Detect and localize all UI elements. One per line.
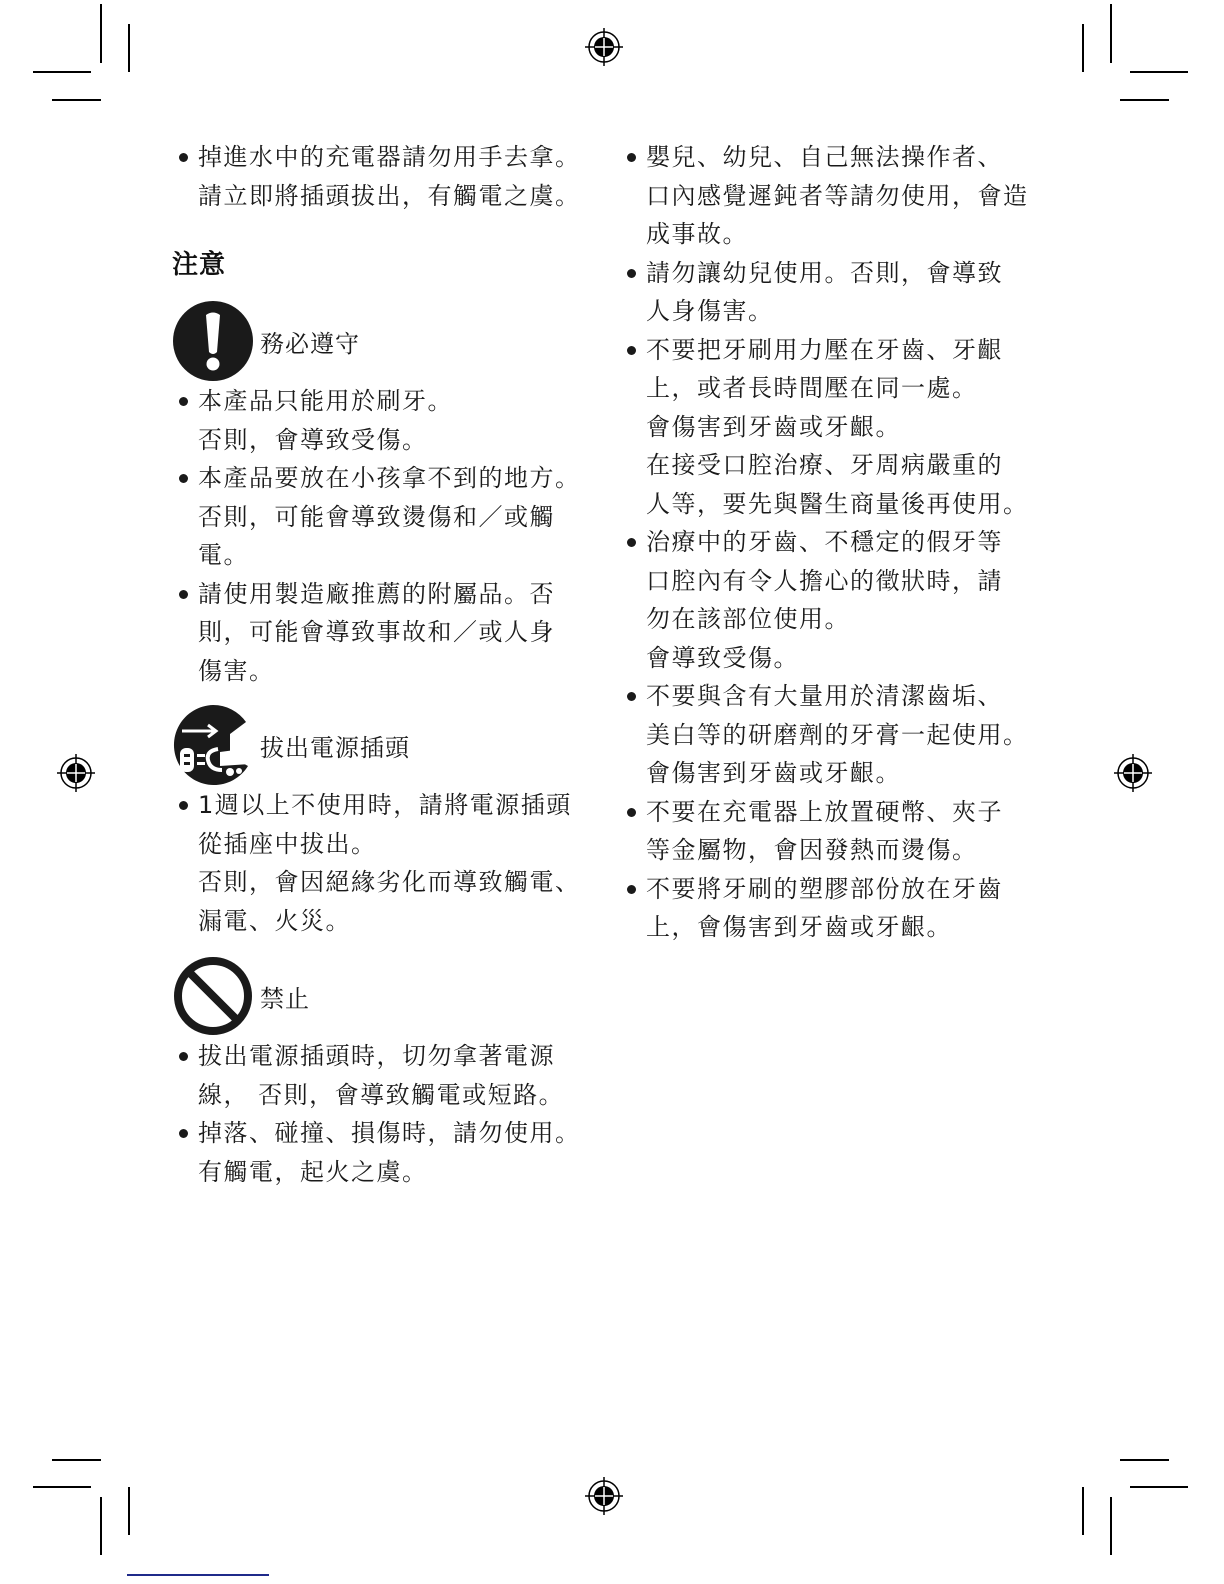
- unplug-header: 拔出電源插頭: [172, 704, 592, 786]
- bullet-item: 掉落、碰撞、損傷時，請勿使用。 有觸電，起火之虞。: [172, 1114, 592, 1191]
- crop-mark: [1130, 71, 1188, 73]
- bullet-line: 否則，可能會導致燙傷和／或觸: [198, 498, 592, 537]
- bullet-line: 本產品只能用於刷牙。: [198, 382, 592, 421]
- bullet-item: 掉進水中的充電器請勿用手去拿。 請立即將插頭拔出，有觸電之虞。: [172, 138, 592, 215]
- bullet-item: 不要與含有大量用於清潔齒垢、 美白等的研磨劑的牙膏一起使用。 會傷害到牙齒或牙齦…: [620, 677, 1040, 793]
- bullet-item: 拔出電源插頭時，切勿拿著電源 線， 否則，會導致觸電或短路。: [172, 1037, 592, 1114]
- crop-mark: [128, 24, 130, 72]
- crop-mark: [100, 4, 102, 63]
- bullet-line: 有觸電，起火之虞。: [198, 1153, 592, 1192]
- intro-warning: 掉進水中的充電器請勿用手去拿。 請立即將插頭拔出，有觸電之虞。: [172, 138, 592, 215]
- prohibited-icon: [172, 955, 254, 1037]
- bullet-dot-icon: [627, 538, 636, 547]
- bullet-line: 否則，會因絕緣劣化而導致觸電、: [198, 863, 592, 902]
- bullet-line: 1週以上不使用時，請將電源插頭: [198, 786, 592, 825]
- mandatory-label: 務必遵守: [260, 324, 360, 359]
- bullet-line: 會傷害到牙齒或牙齦。: [646, 754, 1040, 793]
- crop-mark: [52, 1459, 101, 1461]
- crop-mark: [52, 99, 101, 101]
- unplug-power-icon: [172, 704, 254, 786]
- crop-mark: [1082, 1487, 1084, 1535]
- bullet-item: 不要在充電器上放置硬幣、夾子 等金屬物，會因發熱而燙傷。: [620, 793, 1040, 870]
- bullet-dot-icon: [179, 474, 188, 483]
- bullet-item: 嬰兒、幼兒、自己無法操作者、 口內感覺遲鈍者等請勿使用，會造 成事故。: [620, 138, 1040, 254]
- bullet-line: 請勿讓幼兒使用。否則，會導致: [646, 254, 1040, 293]
- exclamation-mandatory-icon: [172, 300, 254, 382]
- bullet-dot-icon: [179, 397, 188, 406]
- bullet-dot-icon: [627, 692, 636, 701]
- crop-mark: [33, 71, 91, 73]
- bullet-dot-icon: [179, 153, 188, 162]
- bullet-item: 請勿讓幼兒使用。否則，會導致 人身傷害。: [620, 254, 1040, 331]
- blue-rule: [127, 1574, 269, 1576]
- bullet-line: 則，可能會導致事故和／或人身: [198, 613, 592, 652]
- bullet-line: 線， 否則，會導致觸電或短路。: [198, 1076, 592, 1115]
- bullet-item: 1週以上不使用時，請將電源插頭 從插座中拔出。 否則，會因絕緣劣化而導致觸電、 …: [172, 786, 592, 940]
- bullet-line: 成事故。: [646, 215, 1040, 254]
- bullet-line: 不要將牙刷的塑膠部份放在牙齒: [646, 870, 1040, 909]
- crop-mark: [1110, 1497, 1112, 1555]
- bullet-line: 在接受口腔治療、牙周病嚴重的: [646, 446, 1040, 485]
- crop-mark: [1110, 4, 1112, 63]
- crop-mark: [33, 1486, 91, 1488]
- bullet-dot-icon: [179, 1052, 188, 1061]
- registration-mark-icon: [584, 1476, 624, 1516]
- bullet-item: 本產品只能用於刷牙。 否則，會導致受傷。: [172, 382, 592, 459]
- bullet-line: 否則，會導致受傷。: [198, 421, 592, 460]
- bullet-line: 上，會傷害到牙齒或牙齦。: [646, 908, 1040, 947]
- registration-mark-icon: [1113, 753, 1153, 793]
- bullet-line: 勿在該部位使用。: [646, 600, 1040, 639]
- bullet-dot-icon: [627, 269, 636, 278]
- crop-mark: [1120, 1459, 1169, 1461]
- right-bullet-list: 嬰兒、幼兒、自己無法操作者、 口內感覺遲鈍者等請勿使用，會造 成事故。 請勿讓幼…: [620, 138, 1040, 947]
- bullet-line: 不要在充電器上放置硬幣、夾子: [646, 793, 1040, 832]
- bullet-line: 會導致受傷。: [646, 639, 1040, 678]
- bullet-item: 本產品要放在小孩拿不到的地方。 否則，可能會導致燙傷和／或觸 電。: [172, 459, 592, 575]
- bullet-dot-icon: [627, 808, 636, 817]
- bullet-line: 等金屬物，會因發熱而燙傷。: [646, 831, 1040, 870]
- bullet-dot-icon: [627, 346, 636, 355]
- crop-mark: [128, 1487, 130, 1535]
- bullet-item: 不要把牙刷用力壓在牙齒、牙齦 上，或者長時間壓在同一處。 會傷害到牙齒或牙齦。 …: [620, 331, 1040, 524]
- bullet-dot-icon: [627, 153, 636, 162]
- bullet-dot-icon: [179, 801, 188, 810]
- section-heading: 注意: [172, 244, 592, 281]
- bullet-line: 掉落、碰撞、損傷時，請勿使用。: [198, 1114, 592, 1153]
- mandatory-header: 務必遵守: [172, 300, 592, 382]
- prohibited-label: 禁止: [260, 979, 310, 1014]
- bullet-line: 嬰兒、幼兒、自己無法操作者、: [646, 138, 1040, 177]
- bullet-line: 美白等的研磨劑的牙膏一起使用。: [646, 716, 1040, 755]
- bullet-line: 治療中的牙齒、不穩定的假牙等: [646, 523, 1040, 562]
- registration-mark-icon: [56, 753, 96, 793]
- prohibited-group: 禁止 拔出電源插頭時，切勿拿著電源 線， 否則，會導致觸電或短路。 掉落、碰撞、…: [172, 955, 592, 1191]
- unplug-group: 拔出電源插頭 1週以上不使用時，請將電源插頭 從插座中拔出。 否則，會因絕緣劣化…: [172, 704, 592, 940]
- bullet-line: 人等，要先與醫生商量後再使用。: [646, 485, 1040, 524]
- bullet-line: 從插座中拔出。: [198, 825, 592, 864]
- crop-mark: [1130, 1486, 1188, 1488]
- bullet-dot-icon: [179, 1129, 188, 1138]
- bullet-line: 口內感覺遲鈍者等請勿使用，會造: [646, 177, 1040, 216]
- bullet-line: 上，或者長時間壓在同一處。: [646, 369, 1040, 408]
- bullet-dot-icon: [179, 590, 188, 599]
- bullet-line: 口腔內有令人擔心的徵狀時，請: [646, 562, 1040, 601]
- bullet-line: 請立即將插頭拔出，有觸電之虞。: [198, 177, 592, 216]
- bullet-line: 不要把牙刷用力壓在牙齒、牙齦: [646, 331, 1040, 370]
- bullet-line: 本產品要放在小孩拿不到的地方。: [198, 459, 592, 498]
- bullet-line: 漏電、火災。: [198, 902, 592, 941]
- bullet-line: 會傷害到牙齒或牙齦。: [646, 408, 1040, 447]
- bullet-line: 人身傷害。: [646, 292, 1040, 331]
- crop-mark: [1120, 99, 1169, 101]
- bullet-item: 治療中的牙齒、不穩定的假牙等 口腔內有令人擔心的徵狀時，請 勿在該部位使用。 會…: [620, 523, 1040, 677]
- bullet-line: 不要與含有大量用於清潔齒垢、: [646, 677, 1040, 716]
- crop-mark: [1082, 24, 1084, 72]
- bullet-line: 掉進水中的充電器請勿用手去拿。: [198, 138, 592, 177]
- crop-mark: [100, 1497, 102, 1555]
- unplug-label: 拔出電源插頭: [260, 728, 410, 763]
- bullet-line: 傷害。: [198, 652, 592, 691]
- bullet-dot-icon: [627, 885, 636, 894]
- bullet-item: 請使用製造廠推薦的附屬品。否 則，可能會導致事故和／或人身 傷害。: [172, 575, 592, 691]
- bullet-item: 不要將牙刷的塑膠部份放在牙齒 上，會傷害到牙齒或牙齦。: [620, 870, 1040, 947]
- prohibited-header: 禁止: [172, 955, 592, 1037]
- mandatory-group: 務必遵守 本產品只能用於刷牙。 否則，會導致受傷。 本產品要放在小孩拿不到的地方…: [172, 300, 592, 690]
- bullet-line: 電。: [198, 536, 592, 575]
- bullet-line: 拔出電源插頭時，切勿拿著電源: [198, 1037, 592, 1076]
- bullet-line: 請使用製造廠推薦的附屬品。否: [198, 575, 592, 614]
- registration-mark-icon: [584, 27, 624, 67]
